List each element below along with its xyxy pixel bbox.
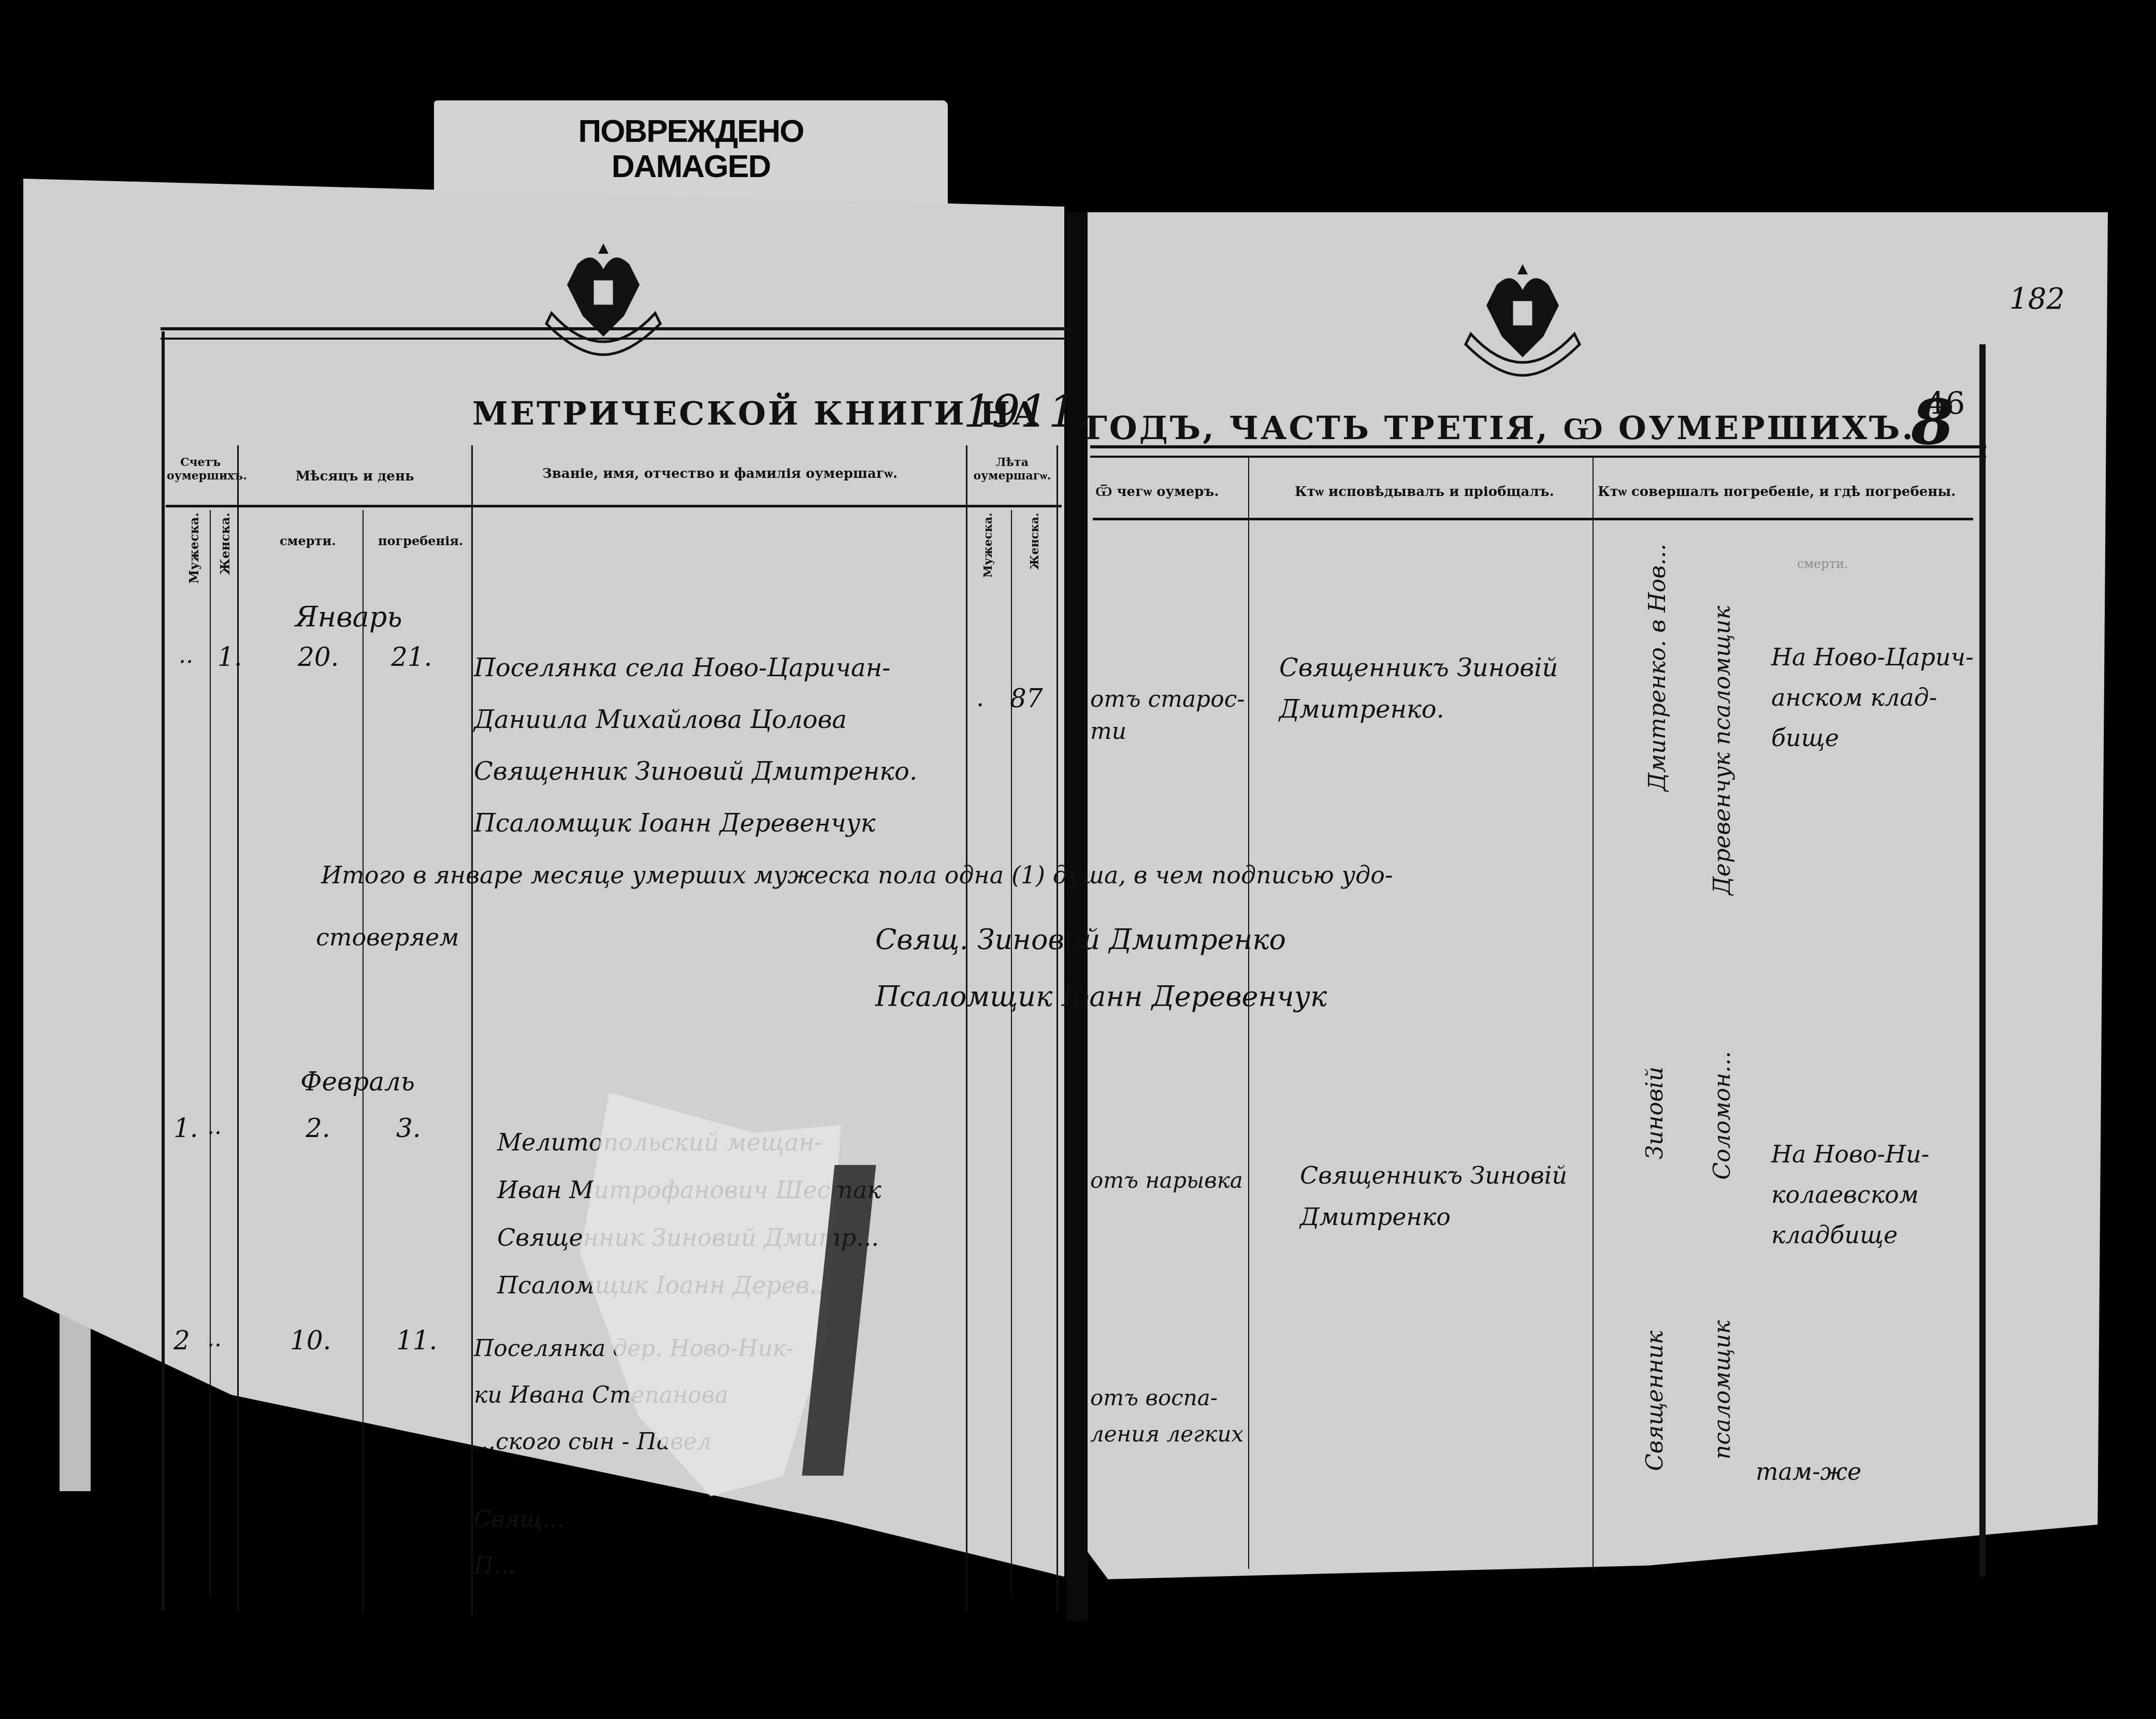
entry-cause: отъ воспа- ления легких bbox=[1090, 1380, 1243, 1452]
entry-confessor: Священникъ Зиновій Дмитренко. bbox=[1279, 647, 1558, 730]
header-age-male: Мужеска. bbox=[981, 513, 995, 578]
name-line: Свящ... bbox=[474, 1496, 794, 1543]
summary-line: Итого в январе месяце умерших мужеска по… bbox=[321, 844, 1978, 906]
column-divider bbox=[966, 445, 967, 1610]
entry-cause: отъ старос- ти bbox=[1090, 683, 1245, 748]
right-page-title: ГОДЪ, ЧАСТЬ ТРЕТІЯ, Ѡ ОУМЕРШИХЪ. bbox=[1085, 409, 1915, 447]
entry-age-female: 87 bbox=[1010, 683, 1043, 713]
cause-line: ления легких bbox=[1090, 1416, 1243, 1452]
left-header-rule bbox=[161, 327, 1072, 340]
entry-female-num: .. bbox=[207, 1325, 222, 1352]
confessor-line: Дмитренко bbox=[1300, 1196, 1567, 1237]
confessor-line: Священникъ Зиновій bbox=[1300, 1155, 1567, 1196]
header-age-female: Женска. bbox=[1028, 513, 1041, 570]
imperial-eagle-crest-icon bbox=[1455, 254, 1590, 388]
buried-line: анском клад- bbox=[1771, 677, 1974, 718]
name-line: П... bbox=[474, 1543, 794, 1590]
column-divider bbox=[471, 445, 473, 1615]
entry-performed-by: Соломон... bbox=[1709, 1051, 1735, 1180]
header-burial-by-where: Ктѡ совершалъ погребеніе, и гдѣ погребен… bbox=[1598, 484, 1956, 500]
right-header-rule bbox=[1090, 445, 1986, 458]
right-frame-border bbox=[1979, 344, 1986, 1577]
signature-line: Псаломщик Іоанн Деревенчук bbox=[875, 968, 1327, 1025]
signature-line: Свящ. Зиновий Дмитренко bbox=[875, 911, 1327, 968]
entry-death-day: 20. bbox=[298, 642, 339, 672]
left-page-title: МЕТРИЧЕСКОЙ КНИГИ НА bbox=[472, 395, 1040, 432]
header-confessor: Ктѡ исповѣдывалъ и пріобщалъ. bbox=[1295, 484, 1554, 500]
entry-female-num: .. bbox=[207, 1113, 222, 1140]
entry-buried-place: На Ново-Ни- колаевском кладбище bbox=[1771, 1134, 1929, 1255]
column-divider bbox=[210, 510, 211, 1597]
name-line: Даниила Михайлова Цолова bbox=[474, 694, 917, 746]
entry-name: Поселянка села Ново-Царичан- Даниила Мих… bbox=[474, 642, 917, 849]
column-divider bbox=[1593, 456, 1594, 1569]
entry-month: Февраль bbox=[300, 1067, 415, 1097]
damaged-label-ru: ПОВРЕЖДЕНО bbox=[434, 113, 948, 150]
entry-death-day: 2. bbox=[306, 1113, 330, 1143]
header-count: Счетъ оумершихъ. bbox=[167, 456, 234, 483]
imperial-eagle-crest-icon bbox=[536, 233, 671, 368]
header-count-male: Мужеска. bbox=[186, 513, 201, 584]
year-handwritten: 1911. bbox=[963, 386, 1091, 438]
column-divider bbox=[1057, 445, 1058, 1610]
folio-number: 182 bbox=[2009, 282, 2065, 316]
entry-performed-by: Зиновій bbox=[1642, 1067, 1668, 1159]
cause-line: отъ воспа- bbox=[1090, 1380, 1243, 1416]
entry-age-male: . bbox=[976, 683, 984, 712]
entry-female-num: 1. bbox=[218, 642, 242, 672]
entry-confessor: Священникъ Зиновій Дмитренко bbox=[1300, 1155, 1567, 1237]
column-divider bbox=[363, 510, 364, 1613]
bleedthrough-text: смерти. bbox=[1797, 557, 1848, 571]
header-row-rule bbox=[1093, 518, 1973, 520]
buried-line: бище bbox=[1771, 718, 1974, 758]
header-burial: погребенія. bbox=[378, 533, 463, 548]
entry-buried-place: там-же bbox=[1756, 1458, 1861, 1485]
confessor-line: Священникъ Зиновій bbox=[1279, 647, 1558, 689]
name-line: Священник Зиновий Дмитренко. bbox=[474, 746, 917, 797]
confessor-line: Дмитренко. bbox=[1279, 689, 1558, 730]
summary-signatures: Свящ. Зиновий Дмитренко Псаломщик Іоанн … bbox=[875, 911, 1327, 1025]
entry-performed-by: псаломщик bbox=[1709, 1320, 1735, 1460]
entry-burial-day: 3. bbox=[396, 1113, 421, 1143]
cause-line: отъ старос- bbox=[1090, 683, 1245, 716]
header-name: Званіе, имя, отчество и фамилія оумершаг… bbox=[476, 466, 963, 482]
cause-line: ти bbox=[1090, 716, 1245, 748]
entry-male-num: 2 bbox=[173, 1325, 190, 1356]
name-line: Поселянка села Ново-Царичан- bbox=[474, 642, 917, 694]
buried-line: На Ново-Царич- bbox=[1771, 637, 1974, 677]
entry-performed-by: Священник bbox=[1642, 1331, 1668, 1471]
entry-male-num: .. bbox=[179, 642, 193, 668]
column-divider bbox=[237, 445, 239, 1610]
damaged-label-en: DAMAGED bbox=[434, 148, 948, 185]
buried-line: колаевском bbox=[1771, 1174, 1929, 1215]
entry-burial-day: 11. bbox=[396, 1325, 438, 1356]
header-row-rule bbox=[166, 505, 1062, 507]
name-line: Псаломщик Іоанн Деревенчук bbox=[474, 797, 917, 849]
header-count-female: Женска. bbox=[218, 513, 233, 575]
entry-performed-by: Дмитренко. в Нов... bbox=[1644, 544, 1671, 791]
entry-burial-day: 21. bbox=[391, 642, 432, 672]
entry-buried-place: На Ново-Царич- анском клад- бище bbox=[1771, 637, 1974, 758]
column-divider bbox=[1011, 510, 1012, 1597]
entry-male-num: 1. bbox=[173, 1113, 198, 1143]
left-frame-border bbox=[162, 331, 165, 1610]
entry-month: Январь bbox=[295, 601, 402, 633]
entry-cause: отъ нарывка bbox=[1090, 1168, 1243, 1193]
header-death: смерти. bbox=[280, 533, 336, 548]
header-age: Лѣта оумершагѡ. bbox=[970, 456, 1055, 483]
entry-death-day: 10. bbox=[290, 1325, 331, 1356]
header-cause: Ѿ чегѡ оумеръ. bbox=[1095, 484, 1219, 500]
header-month-day: Мѣсяцъ и день bbox=[243, 469, 466, 484]
buried-line: На Ново-Ни- bbox=[1771, 1134, 1929, 1174]
buried-line: кладбище bbox=[1771, 1215, 1929, 1255]
